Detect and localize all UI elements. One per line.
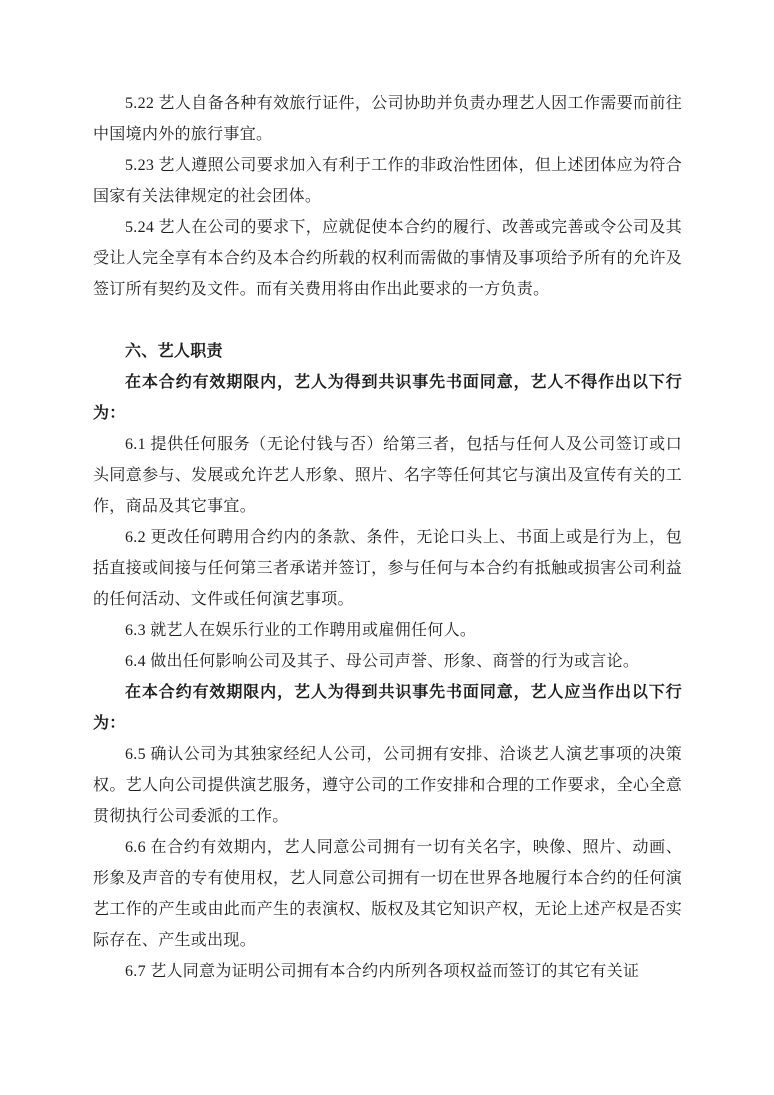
section-6-heading: 六、艺人职责 [93,336,682,367]
paragraph-clause-6-7-partial: 6.7 艺人同意为证明公司拥有本合约内所列各项权益而签订的其它有关证 [93,956,682,987]
paragraph-clause-6-2: 6.2 更改任何聘用合约内的条款、条件，无论口头上、书面上或是行为上，包括直接或… [93,522,682,615]
contract-document-page: 5.22 艺人自备各种有效旅行证件，公司协助并负责办理艺人因工作需要而前往中国境… [0,0,774,1095]
paragraph-clause-5-24: 5.24 艺人在公司的要求下，应就促使本合约的履行、改善或完善或令公司及其受让人… [93,212,682,305]
paragraph-clause-5-22: 5.22 艺人自备各种有效旅行证件，公司协助并负责办理艺人因工作需要而前往中国境… [93,88,682,150]
paragraph-clause-6-1: 6.1 提供任何服务（无论付钱与否）给第三者，包括与任何人及公司签订或口头同意参… [93,429,682,522]
paragraph-intro-required-acts: 在本合约有效期限内，艺人为得到共识事先书面同意，艺人应当作出以下行为： [93,677,682,739]
paragraph-clause-5-23: 5.23 艺人遵照公司要求加入有利于工作的非政治性团体，但上述团体应为符合国家有… [93,150,682,212]
paragraph-clause-6-3: 6.3 就艺人在娱乐行业的工作聘用或雇佣任何人。 [93,615,682,646]
paragraph-clause-6-4: 6.4 做出任何影响公司及其子、母公司声誉、形象、商誉的行为或言论。 [93,646,682,677]
paragraph-intro-prohibited-acts: 在本合约有效期限内，艺人为得到共识事先书面同意，艺人不得作出以下行为： [93,367,682,429]
paragraph-clause-6-5: 6.5 确认公司为其独家经纪人公司，公司拥有安排、洽谈艺人演艺事项的决策权。艺人… [93,739,682,832]
paragraph-clause-6-6: 6.6 在合约有效期内，艺人同意公司拥有一切有关名字，映像、照片、动画、形象及声… [93,832,682,956]
